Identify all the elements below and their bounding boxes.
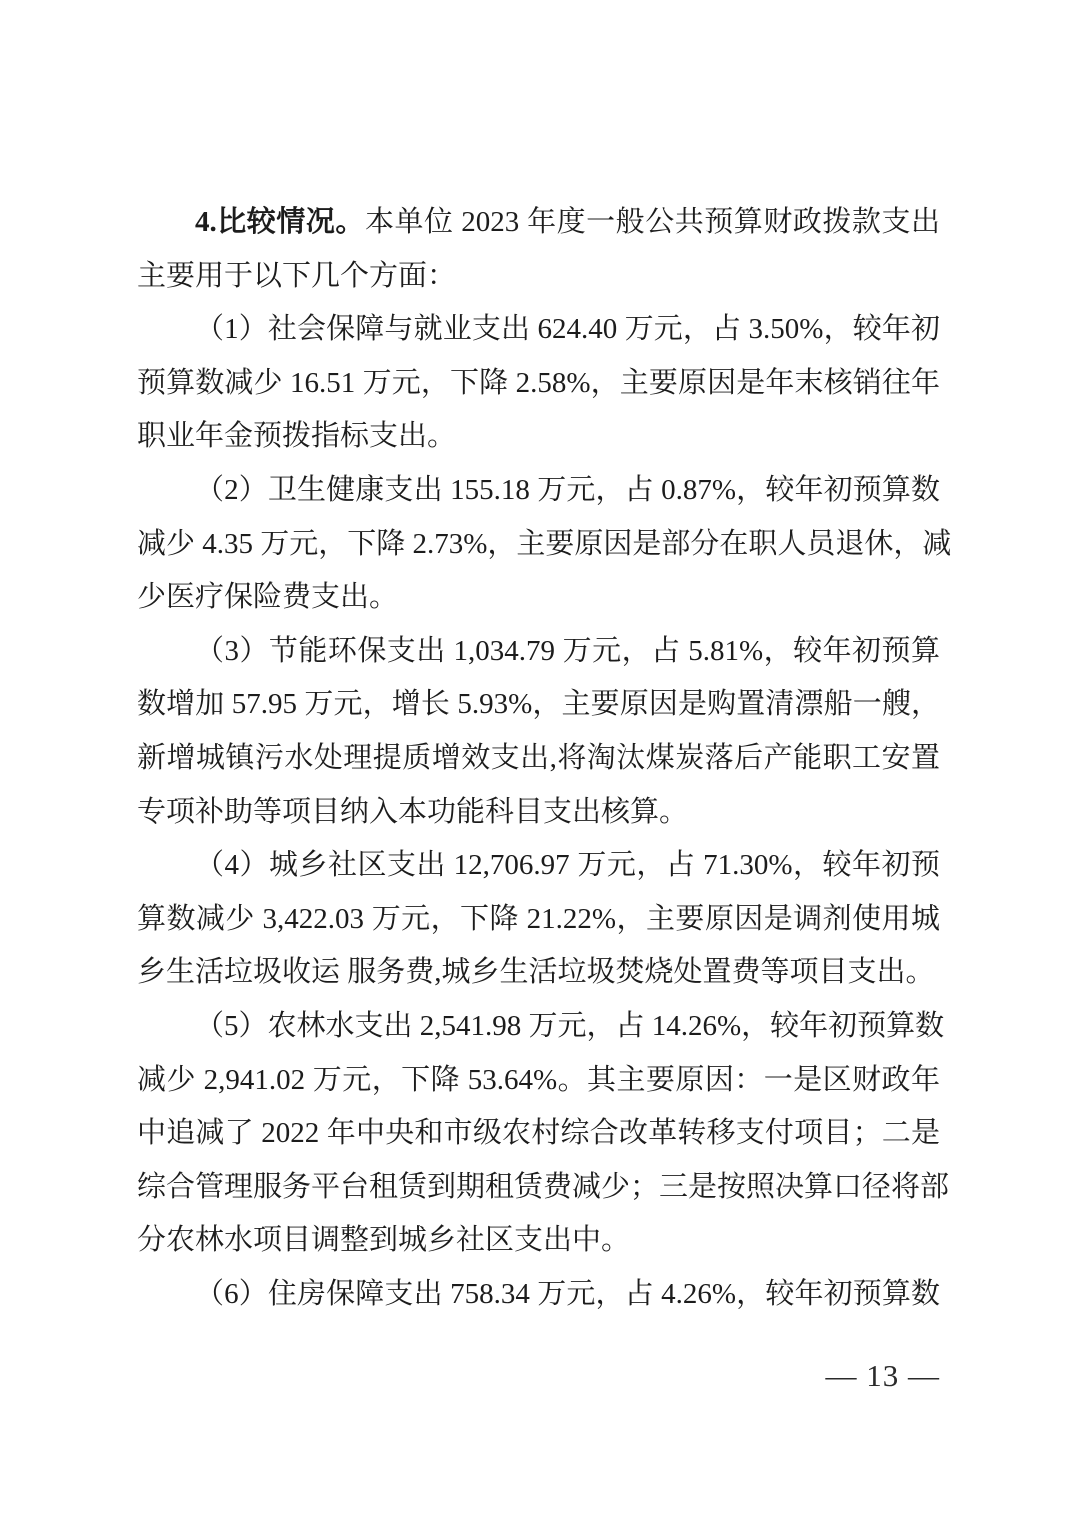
text-line: （4）城乡社区支出 12,706.97 万元，占 71.30%，较年初预 — [137, 839, 940, 893]
section-heading: 4.比较情况。 — [195, 206, 365, 238]
text-line: 分农林水项目调整到城乡社区支出中。 — [137, 1214, 940, 1268]
text-line: 预算数减少 16.51 万元，下降 2.58%，主要原因是年末核销往年 — [137, 357, 940, 411]
text-line: 减少 2,941.02 万元，下降 53.64%。其主要原因：一是区财政年 — [137, 1054, 940, 1108]
paragraph-item-4: （4）城乡社区支出 12,706.97 万元，占 71.30%，较年初预 算数减… — [137, 839, 940, 1000]
intro-line1-rest: 本单位 2023 年度一般公共预算财政拨款支出 — [365, 206, 940, 238]
text-line: 专项补助等项目纳入本功能科目支出核算。 — [137, 786, 940, 840]
document-page: 4.比较情况。本单位 2023 年度一般公共预算财政拨款支出 主要用于以下几个方… — [0, 0, 1074, 1520]
paragraph-item-2: （2）卫生健康支出 155.18 万元，占 0.87%，较年初预算数 减少 4.… — [137, 464, 940, 625]
paragraph-intro: 4.比较情况。本单位 2023 年度一般公共预算财政拨款支出 主要用于以下几个方… — [137, 196, 940, 303]
text-line: 算数减少 3,422.03 万元，下降 21.22%，主要原因是调剂使用城 — [137, 893, 940, 947]
paragraph-item-1: （1）社会保障与就业支出 624.40 万元，占 3.50%，较年初 预算数减少… — [137, 303, 940, 464]
text-line: 主要用于以下几个方面： — [137, 250, 940, 304]
text-line: 乡生活垃圾收运 服务费,城乡生活垃圾焚烧处置费等项目支出。 — [137, 946, 940, 1000]
text-line: 数增加 57.95 万元，增长 5.93%，主要原因是购置清漂船一艘， — [137, 678, 940, 732]
text-line: 少医疗保险费支出。 — [137, 571, 940, 625]
text-line: （3）节能环保支出 1,034.79 万元，占 5.81%，较年初预算 — [137, 625, 940, 679]
text-line: （5）农林水支出 2,541.98 万元，占 14.26%，较年初预算数 — [137, 1000, 940, 1054]
text-line: 新增城镇污水处理提质增效支出,将淘汰煤炭落后产能职工安置 — [137, 732, 940, 786]
text-line: 中追减了 2022 年中央和市级农村综合改革转移支付项目；二是 — [137, 1107, 940, 1161]
paragraph-item-3: （3）节能环保支出 1,034.79 万元，占 5.81%，较年初预算 数增加 … — [137, 625, 940, 839]
text-line: 4.比较情况。本单位 2023 年度一般公共预算财政拨款支出 — [137, 196, 940, 250]
paragraph-item-6: （6）住房保障支出 758.34 万元，占 4.26%，较年初预算数 — [137, 1268, 940, 1322]
text-line: 综合管理服务平台租赁到期租赁费减少；三是按照决算口径将部 — [137, 1161, 940, 1215]
text-column: 4.比较情况。本单位 2023 年度一般公共预算财政拨款支出 主要用于以下几个方… — [137, 196, 940, 1321]
text-line: （6）住房保障支出 758.34 万元，占 4.26%，较年初预算数 — [137, 1268, 940, 1322]
text-line: 职业年金预拨指标支出。 — [137, 410, 940, 464]
text-line: 减少 4.35 万元，下降 2.73%，主要原因是部分在职人员退休，减 — [137, 518, 940, 572]
text-line: （1）社会保障与就业支出 624.40 万元，占 3.50%，较年初 — [137, 303, 940, 357]
text-line: （2）卫生健康支出 155.18 万元，占 0.87%，较年初预算数 — [137, 464, 940, 518]
paragraph-item-5: （5）农林水支出 2,541.98 万元，占 14.26%，较年初预算数 减少 … — [137, 1000, 940, 1268]
page-number: — 13 — — [826, 1358, 941, 1394]
